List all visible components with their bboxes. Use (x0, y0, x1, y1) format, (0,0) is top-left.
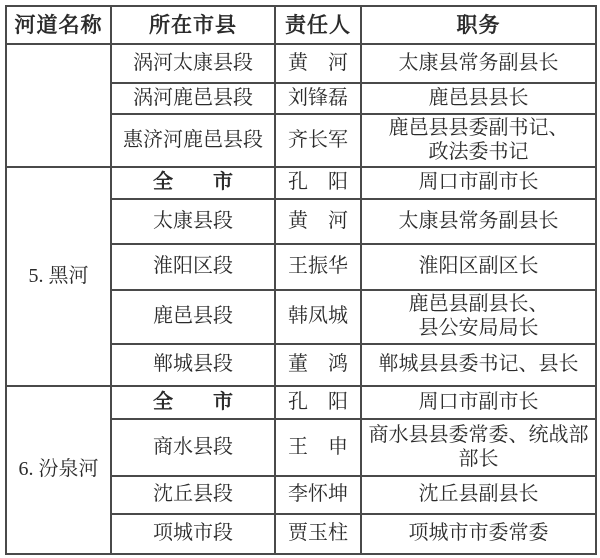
segment-cell: 淮阳区段 (111, 244, 275, 290)
person-cell: 贾玉柱 (275, 514, 361, 554)
col-header-segment: 所在市县 (111, 6, 275, 44)
title-cell: 太康县常务副县长 (361, 199, 596, 244)
segment-cell: 项城市段 (111, 514, 275, 554)
segment-cell: 惠济河鹿邑县段 (111, 114, 275, 167)
river-name-cell (6, 44, 111, 167)
title-cell: 周口市副市长 (361, 386, 596, 419)
title-cell: 鹿邑县县长 (361, 83, 596, 114)
segment-cell: 郸城县段 (111, 344, 275, 386)
person-cell: 王 申 (275, 419, 361, 476)
table-row: 6. 汾泉河 全 市 孔 阳 周口市副市长 (6, 386, 596, 419)
title-cell: 鹿邑县县委副书记、 政法委书记 (361, 114, 596, 167)
title-cell: 太康县常务副县长 (361, 44, 596, 83)
river-responsibility-table: 河道名称 所在市县 责任人 职务 涡河太康县段 黄 河 太康县常务副县长 涡河鹿… (5, 5, 597, 555)
segment-cell: 沈丘县段 (111, 476, 275, 514)
person-cell: 李怀坤 (275, 476, 361, 514)
col-header-river: 河道名称 (6, 6, 111, 44)
header-row: 河道名称 所在市县 责任人 职务 (6, 6, 596, 44)
title-cell: 周口市副市长 (361, 167, 596, 199)
title-cell: 郸城县县委书记、县长 (361, 344, 596, 386)
person-cell: 孔 阳 (275, 167, 361, 199)
title-cell: 商水县县委常委、统战部 部长 (361, 419, 596, 476)
river-name-cell: 5. 黑河 (6, 167, 111, 386)
segment-cell: 商水县段 (111, 419, 275, 476)
person-cell: 孔 阳 (275, 386, 361, 419)
title-cell: 项城市市委常委 (361, 514, 596, 554)
segment-cell: 涡河太康县段 (111, 44, 275, 83)
title-cell: 鹿邑县副县长、 县公安局局长 (361, 290, 596, 344)
document-page: 河道名称 所在市县 责任人 职务 涡河太康县段 黄 河 太康县常务副县长 涡河鹿… (0, 0, 600, 558)
person-cell: 黄 河 (275, 44, 361, 83)
person-cell: 齐长军 (275, 114, 361, 167)
person-cell: 黄 河 (275, 199, 361, 244)
segment-cell: 太康县段 (111, 199, 275, 244)
table-row: 5. 黑河 全 市 孔 阳 周口市副市长 (6, 167, 596, 199)
segment-cell: 全 市 (111, 386, 275, 419)
person-cell: 韩凤城 (275, 290, 361, 344)
title-cell: 沈丘县副县长 (361, 476, 596, 514)
col-header-person: 责任人 (275, 6, 361, 44)
title-cell: 淮阳区副区长 (361, 244, 596, 290)
table-row: 涡河太康县段 黄 河 太康县常务副县长 (6, 44, 596, 83)
person-cell: 王振华 (275, 244, 361, 290)
col-header-title: 职务 (361, 6, 596, 44)
person-cell: 刘锋磊 (275, 83, 361, 114)
segment-cell: 鹿邑县段 (111, 290, 275, 344)
segment-cell: 涡河鹿邑县段 (111, 83, 275, 114)
river-name-cell: 6. 汾泉河 (6, 386, 111, 554)
person-cell: 董 鸿 (275, 344, 361, 386)
segment-cell: 全 市 (111, 167, 275, 199)
